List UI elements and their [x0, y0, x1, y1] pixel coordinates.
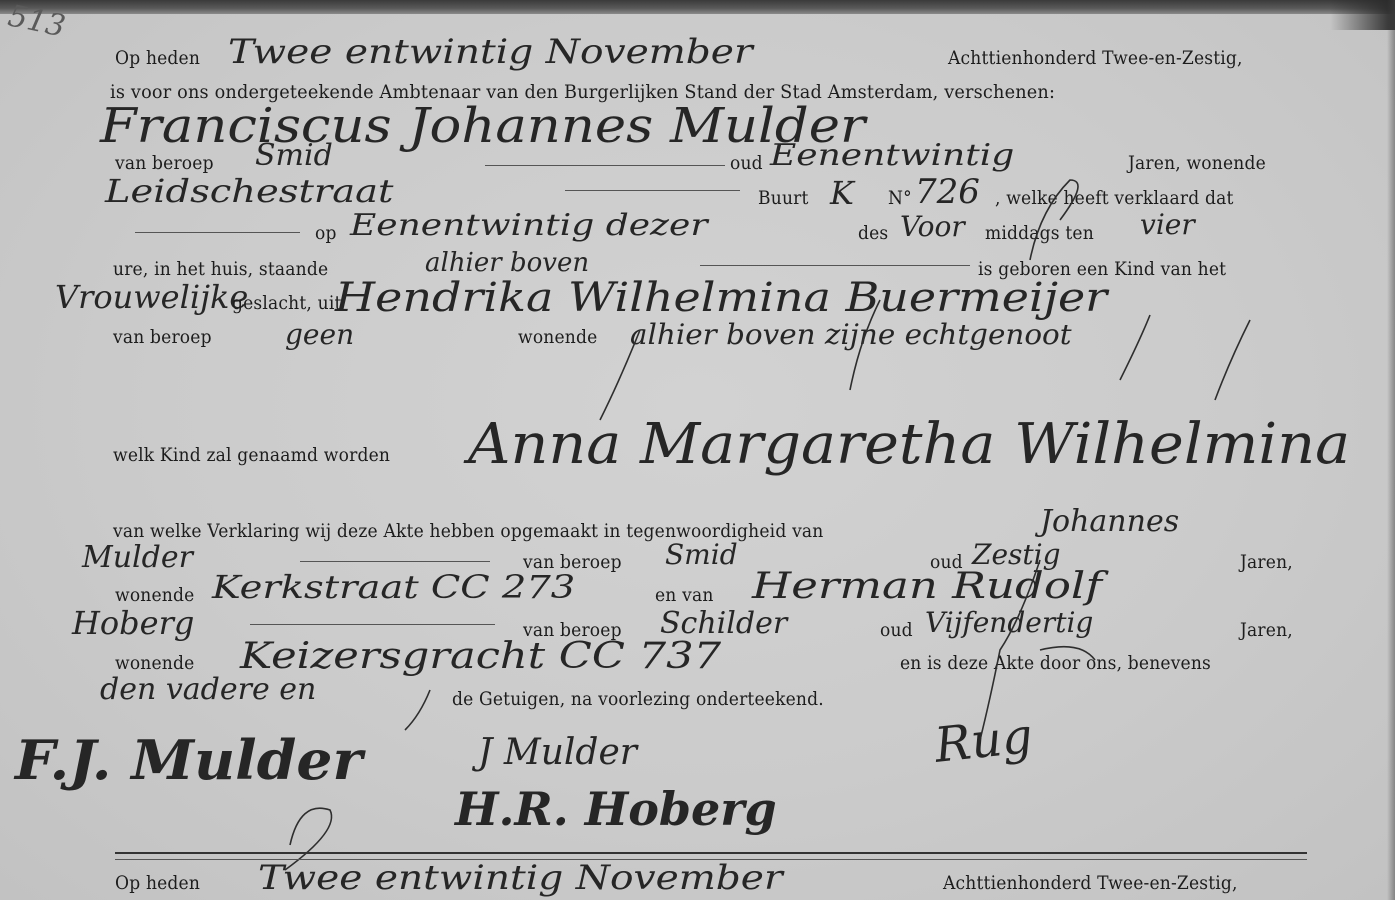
page-corner-shadow: [1330, 0, 1395, 30]
blank-line: [135, 232, 300, 233]
label-oud: oud: [880, 619, 913, 641]
label-akte-ondertekend: en is deze Akte door ons, benevens: [900, 652, 1211, 674]
witness2-age: Vijfendertig: [925, 606, 1093, 639]
label-getuigen-ondertekend: de Getuigen, na voorlezing onderteekend.: [452, 688, 824, 710]
label-jaren: Jaren,: [1240, 551, 1293, 573]
handwritten-date: Twee entwintig November: [228, 32, 753, 72]
buurt-letter: K: [830, 174, 854, 212]
label-middags-ten: middags ten: [985, 222, 1094, 244]
witness1-address: Kerkstraat CC 273: [212, 568, 575, 606]
signature-father: F.J. Mulder: [15, 728, 362, 792]
label-jaren-wonende: Jaren, wonende: [1128, 152, 1266, 174]
blank-line: [300, 561, 490, 562]
daypart: Voor: [900, 210, 965, 243]
signature-witness2: H.R. Hoberg: [455, 782, 777, 836]
witness2-address: Keizersgracht CC 737: [240, 636, 721, 677]
label-des: des: [858, 222, 888, 244]
child-sex: Vrouwelijke: [55, 278, 248, 316]
printed-year: Achttienhonderd Twee-en-Zestig,: [948, 47, 1243, 69]
label-jaren: Jaren,: [1240, 619, 1293, 641]
birth-day: Eenentwintig dezer: [350, 208, 708, 243]
label-en-van: en van: [655, 584, 714, 606]
label-wonende: wonende: [115, 584, 194, 606]
label-geslacht-uit: geslacht, uit: [232, 292, 342, 314]
birth-house: alhier boven: [425, 248, 589, 278]
mother-name: Hendrika Wilhelmina Buermeijer: [335, 275, 1107, 321]
witness2-last-name: Hoberg: [72, 604, 194, 642]
witness1-first-name: Johannes: [1040, 504, 1179, 539]
blank-line: [565, 190, 740, 191]
blank-line: [485, 165, 725, 166]
signature-official: Rug: [932, 708, 1035, 774]
label-number: N°: [888, 187, 912, 209]
label-oud: oud: [730, 152, 763, 174]
blank-line: [700, 265, 970, 266]
declarant-occupation: Smid: [255, 138, 333, 173]
mother-residence: alhier boven zijne echtgenoot: [630, 318, 1072, 351]
scanned-document-page: 513 Op heden Twee entwintig November Ach…: [0, 0, 1395, 900]
label-van-beroep: van beroep: [113, 326, 212, 348]
label-wonende: wonende: [518, 326, 597, 348]
birth-hour: vier: [1140, 208, 1195, 241]
declarant-name: Franciscus Johannes Mulder: [100, 98, 865, 154]
next-record-year: Achttienhonderd Twee-en-Zestig,: [943, 872, 1238, 894]
declarant-age: Eenentwintig: [770, 138, 1014, 173]
next-record-date: Twee entwintig November: [258, 858, 783, 898]
label-verklaard: , welke heeft verklaard dat: [995, 187, 1234, 209]
label-op-heden: Op heden: [115, 47, 200, 69]
label-ure-huis: ure, in het huis, staande: [113, 258, 328, 280]
blank-line: [250, 624, 495, 625]
child-name: Anna Margaretha Wilhelmina: [468, 412, 1350, 477]
declarant-street: Leidschestraat: [105, 172, 393, 210]
witness1-occupation: Smid: [665, 538, 738, 571]
mother-occupation: geen: [285, 318, 354, 351]
label-op: op: [315, 222, 337, 244]
label-genaamd-worden: welk Kind zal genaamd worden: [113, 444, 390, 466]
witness2-first-name: Herman Rudolf: [752, 566, 1102, 607]
witness1-last-name: Mulder: [82, 540, 193, 575]
label-buurt: Buurt: [758, 187, 809, 209]
page-right-edge: [1387, 0, 1395, 900]
label-van-beroep: van beroep: [115, 152, 214, 174]
signature-witness1: J Mulder: [478, 732, 637, 773]
label-wonende: wonende: [115, 652, 194, 674]
signer-note: den vadere en: [100, 672, 316, 707]
house-number: 726: [915, 172, 980, 212]
next-record-op-heden: Op heden: [115, 872, 200, 894]
page-top-edge: [0, 0, 1395, 14]
